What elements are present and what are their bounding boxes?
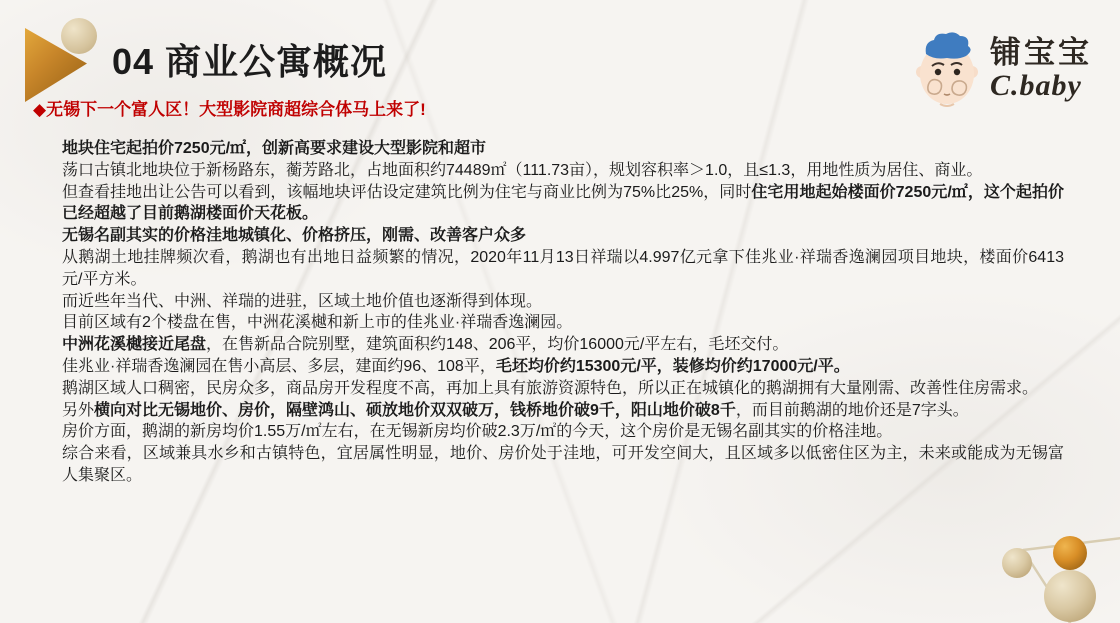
paragraph: 无锡名副其实的价格洼地城镇化、价格挤压，刚需、改善客户众多 <box>62 225 1064 247</box>
paragraph: 房价方面，鹅湖的新房均价1.55万/㎡左右，在无锡新房均价破2.3万/㎡的今天，… <box>62 421 1064 443</box>
footer-decoration <box>960 508 1120 623</box>
baby-face-icon <box>914 24 980 115</box>
body-text: 地块住宅起拍价7250元/㎡，创新高要求建设大型影院和超市荡口古镇北地块位于新杨… <box>62 138 1064 487</box>
beige-circle-icon <box>1002 548 1032 578</box>
paragraph: 荡口古镇北地块位于新杨路东，蘅芳路北，占地面积约74489㎡（111.73亩），… <box>62 160 1064 182</box>
paragraph: 另外横向对比无锡地价、房价，隔壁鸿山、硕放地价双双破万，钱桥地价破9千，阳山地价… <box>62 400 1064 422</box>
gold-circle-icon <box>61 18 97 54</box>
paragraph: 目前区域有2个楼盘在售，中洲花溪樾和新上市的佳兆业·祥瑞香逸澜园。 <box>62 312 1064 334</box>
logo-text-en: C.baby <box>990 70 1092 102</box>
paragraph: 佳兆业·祥瑞香逸澜园在售小高层、多层，建面约96、108平，毛坯均价约15300… <box>62 356 1064 378</box>
paragraph: 综合来看，区域兼具水乡和古镇特色，宜居属性明显，地价、房价处于洼地，可开发空间大… <box>62 443 1064 487</box>
page-title: 04 商业公寓概况 <box>112 34 387 85</box>
beige-circle-large-icon <box>1044 570 1096 622</box>
paragraph: 从鹅湖土地挂牌频次看，鹅湖也有出地日益频繁的情况，2020年11月13日祥瑞以4… <box>62 247 1064 291</box>
gold-sphere-icon <box>1053 536 1087 570</box>
paragraph: 而近些年当代、中洲、祥瑞的进驻，区域土地价值也逐渐得到体现。 <box>62 291 1064 313</box>
header-decoration <box>23 16 113 106</box>
brand-logo: 铺宝宝 C.baby <box>914 24 1092 115</box>
paragraph: 中洲花溪樾接近尾盘，在售新品合院别墅，建筑面积约148、206平，均价16000… <box>62 334 1064 356</box>
slide-subtitle: ◆无锡下一个富人区！大型影院商超综合体马上来了! <box>33 95 426 120</box>
slide: 04 商业公寓概况 <box>0 0 1120 623</box>
paragraph: 但查看挂地出让公告可以看到，该幅地块评估设定建筑比例为住宅与商业比例为75%比2… <box>62 182 1064 226</box>
paragraph: 地块住宅起拍价7250元/㎡，创新高要求建设大型影院和超市 <box>62 138 1064 160</box>
logo-text-cn: 铺宝宝 <box>990 37 1092 70</box>
paragraph: 鹅湖区域人口稠密，民房众多，商品房开发程度不高，再加上具有旅游资源特色，所以正在… <box>62 378 1064 400</box>
